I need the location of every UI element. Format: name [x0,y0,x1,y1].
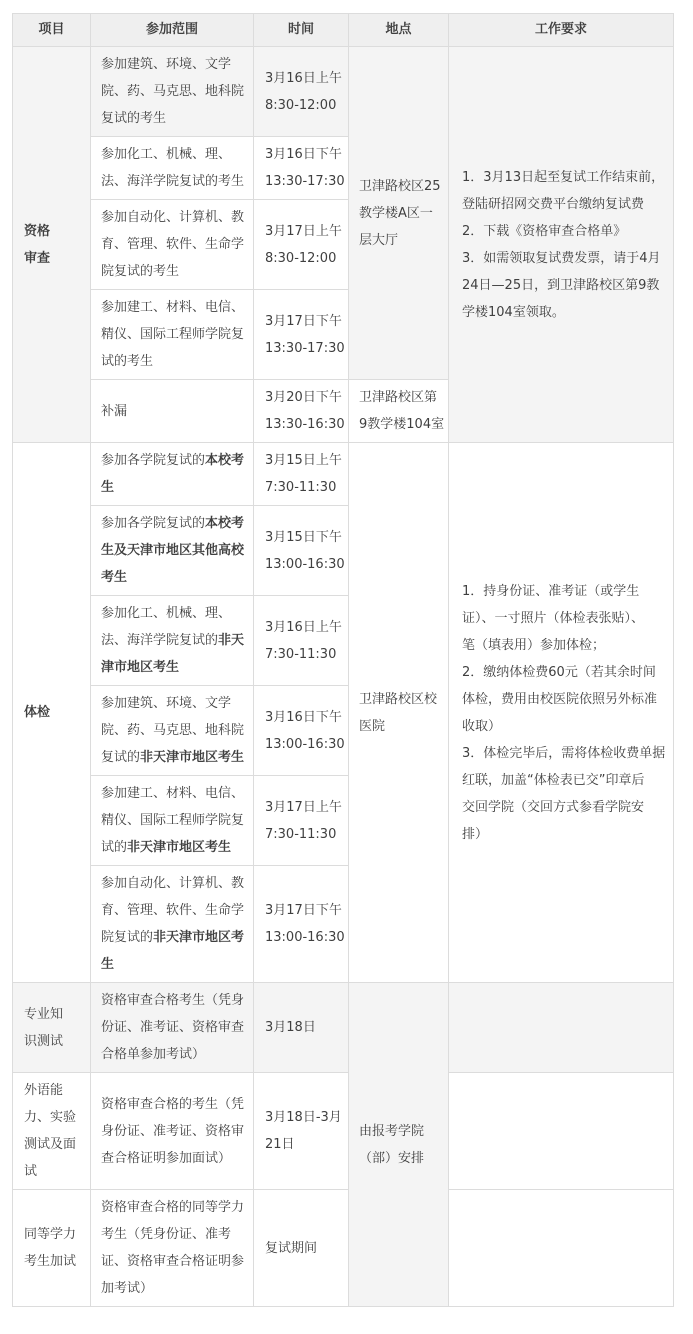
time-cell: 3月16日上午 7:30-11:30 [254,596,349,686]
scope-text-bold: 非天津市地区考生 [140,750,244,765]
scope-cell: 参加各学院复试的本校考 生 [91,443,254,506]
time-cell: 3月17日上午 8:30-12:00 [254,200,349,290]
time-cell: 3月15日上午 7:30-11:30 [254,443,349,506]
time-cell: 3月16日上午 8:30-12:00 [254,47,349,137]
time-cell: 3月17日下午 13:00-16:30 [254,866,349,983]
header-requirements: 工作要求 [449,14,674,47]
scope-cell: 参加化工、机械、理、 法、海洋学院复试的非天 津市地区考生 [91,596,254,686]
scope-cell: 参加自动化、计算机、教 育、管理、软件、生命学 院复试的非天津市地区考 生 [91,866,254,983]
table-row: 资格 审查 参加建筑、环境、文学 院、药、马克思、地科院 复试的考生 3月16日… [13,47,674,137]
schedule-page: 项目 参加范围 时间 地点 工作要求 资格 审查 参加建筑、环境、文学 院、药、… [0,0,693,1334]
scope-cell: 参加建筑、环境、文学 院、药、马克思、地科院 复试的考生 [91,47,254,137]
scope-cell: 资格审查合格的考生（凭 身份证、准考证、资格审 查合格证明参加面试） [91,1073,254,1190]
project-cell-equivalent-degree: 同等学力 考生加试 [13,1190,91,1307]
table-row: 体检 参加各学院复试的本校考 生 3月15日上午 7:30-11:30 卫津路校… [13,443,674,506]
scope-cell: 参加各学院复试的本校考 生及天津市地区其他高校 考生 [91,506,254,596]
header-location: 地点 [349,14,449,47]
location-cell-hospital: 卫津路校区校 医院 [349,443,449,983]
table-row: 专业知 识测试 资格审查合格考生（凭身 份证、准考证、资格审查 合格单参加考试）… [13,983,674,1073]
time-cell: 3月18日-3月 21日 [254,1073,349,1190]
exam-schedule-table: 项目 参加范围 时间 地点 工作要求 资格 审查 参加建筑、环境、文学 院、药、… [12,13,674,1307]
time-cell: 3月16日下午 13:30-17:30 [254,137,349,200]
time-cell: 3月17日上午 7:30-11:30 [254,776,349,866]
requirements-cell-empty [449,1073,674,1190]
project-cell-qualification: 资格 审查 [13,47,91,443]
scope-cell: 参加建工、材料、电信、 精仪、国际工程师学院复 试的非天津市地区考生 [91,776,254,866]
time-cell: 3月18日 [254,983,349,1073]
requirements-cell-physical-exam: 1．持身份证、准考证（或学生 证）、一寸照片（体检表张贴）、 笔（填表用）参加体… [449,443,674,983]
scope-text-bold: 非天津市地区考生 [127,840,231,855]
time-cell: 3月20日下午 13:30-16:30 [254,380,349,443]
requirements-cell-empty [449,983,674,1073]
header-project: 项目 [13,14,91,47]
location-cell-makeup: 卫津路校区第 9教学楼104室 [349,380,449,443]
project-cell-language-interview: 外语能 力、实验 测试及面 试 [13,1073,91,1190]
time-cell: 复试期间 [254,1190,349,1307]
scope-text: 参加各学院复试的 [101,516,205,531]
project-cell-knowledge-test: 专业知 识测试 [13,983,91,1073]
scope-cell: 资格审查合格的同等学力 考生（凭身份证、准考 证、资格审查合格证明参 加考试） [91,1190,254,1307]
location-cell-by-school: 由报考学院 （部）安排 [349,983,449,1307]
scope-cell: 参加自动化、计算机、教 育、管理、软件、生命学 院复试的考生 [91,200,254,290]
project-cell-physical-exam: 体检 [13,443,91,983]
scope-cell: 参加建工、材料、电信、 精仪、国际工程师学院复 试的考生 [91,290,254,380]
requirements-cell-empty [449,1190,674,1307]
header-time: 时间 [254,14,349,47]
time-cell: 3月17日下午 13:30-17:30 [254,290,349,380]
header-scope: 参加范围 [91,14,254,47]
scope-cell: 资格审查合格考生（凭身 份证、准考证、资格审查 合格单参加考试） [91,983,254,1073]
location-cell-main-hall: 卫津路校区25 教学楼A区一 层大厅 [349,47,449,380]
time-cell: 3月15日下午 13:00-16:30 [254,506,349,596]
table-row: 外语能 力、实验 测试及面 试 资格审查合格的考生（凭 身份证、准考证、资格审 … [13,1073,674,1190]
table-row: 同等学力 考生加试 资格审查合格的同等学力 考生（凭身份证、准考 证、资格审查合… [13,1190,674,1307]
scope-text: 参加各学院复试的 [101,453,205,468]
scope-cell-makeup: 补漏 [91,380,254,443]
time-cell: 3月16日下午 13:00-16:30 [254,686,349,776]
header-row: 项目 参加范围 时间 地点 工作要求 [13,14,674,47]
scope-cell: 参加化工、机械、理、 法、海洋学院复试的考生 [91,137,254,200]
scope-text: 参加化工、机械、理、 法、海洋学院复试的 [101,606,231,648]
scope-cell: 参加建筑、环境、文学 院、药、马克思、地科院 复试的非天津市地区考生 [91,686,254,776]
requirements-cell-qualification: 1．3月13日起至复试工作结束前， 登陆研招网交费平台缴纳复试费 2．下载《资格… [449,47,674,443]
